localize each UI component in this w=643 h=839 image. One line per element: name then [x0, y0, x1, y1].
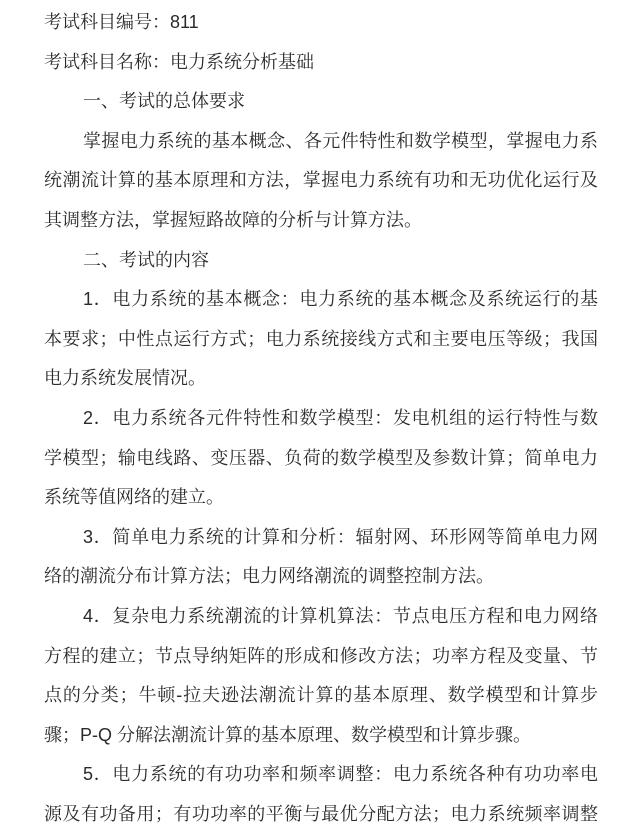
item-4-line-1: 4．复杂电力系统潮流的计算机算法：节点电压方程和电力网络	[44, 597, 598, 637]
item-2-line-1: 2．电力系统各元件特性和数学模型：发电机组的运行特性与数	[44, 399, 598, 439]
para-overall-line-2: 统潮流计算的基本原理和方法，掌握电力系统有功和无功优化运行及	[44, 161, 598, 201]
line-subject-code: 考试科目编号：811	[44, 3, 598, 43]
para-overall-line-1: 掌握电力系统的基本概念、各元件特性和数学模型，掌握电力系	[44, 122, 598, 162]
item-1-line-2: 本要求；中性点运行方式；电力系统接线方式和主要电压等级；我国	[44, 320, 598, 360]
item-4-line-3: 点的分类；牛顿-拉夫逊法潮流计算的基本原理、数学模型和计算步	[44, 676, 598, 716]
document-page: 考试科目编号：811 考试科目名称：电力系统分析基础 一、考试的总体要求 掌握电…	[0, 0, 643, 839]
item-1-line-1: 1．电力系统的基本概念：电力系统的基本概念及系统运行的基	[44, 280, 598, 320]
item-5-line-2: 源及有功备用；有功功率的平衡与最优分配方法；电力系统频率调整	[44, 795, 598, 835]
heading-exam-content: 二、考试的内容	[44, 241, 598, 281]
item-3-line-1: 3．简单电力系统的计算和分析：辐射网、环形网等简单电力网	[44, 518, 598, 558]
item-4-line-2: 方程的建立；节点导纳矩阵的形成和修改方法；功率方程及变量、节	[44, 637, 598, 677]
item-5-line-1: 5．电力系统的有功功率和频率调整：电力系统各种有功功率电	[44, 755, 598, 795]
line-subject-name: 考试科目名称：电力系统分析基础	[44, 43, 598, 83]
item-2-line-2: 学模型；输电线路、变压器、负荷的数学模型及参数计算；简单电力	[44, 439, 598, 479]
item-3-line-2: 络的潮流分布计算方法；电力网络潮流的调整控制方法。	[44, 557, 598, 597]
heading-overall-requirements: 一、考试的总体要求	[44, 82, 598, 122]
item-2-line-3: 系统等值网络的建立。	[44, 478, 598, 518]
item-4-line-4: 骤；P-Q 分解法潮流计算的基本原理、数学模型和计算步骤。	[44, 716, 598, 756]
para-overall-line-3: 其调整方法，掌握短路故障的分析与计算方法。	[44, 201, 598, 241]
item-1-line-3: 电力系统发展情况。	[44, 359, 598, 399]
